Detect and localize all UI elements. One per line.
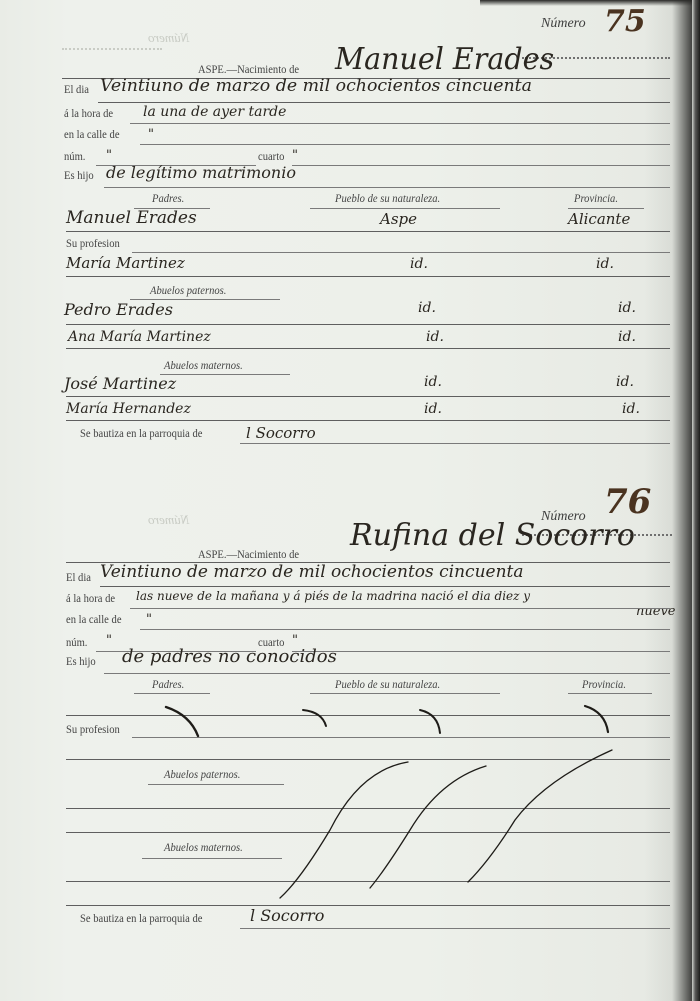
parent-name: María Martinez (66, 254, 185, 272)
maternal-town: id. (424, 374, 442, 390)
street-line (140, 629, 670, 630)
bleed-through-number: Número (148, 30, 189, 46)
record-number: 76 (604, 482, 651, 522)
birth-hour: las nueve de la mañana y á piés de la ma… (136, 588, 530, 603)
hour-line (130, 123, 670, 124)
hour-label: á la hora de (66, 593, 115, 605)
paternal-province: id. (618, 300, 636, 316)
street-value: " (146, 612, 152, 627)
child-name: Rufina del Socorro (350, 518, 635, 553)
num-value: " (106, 148, 112, 163)
room-label: cuarto (258, 151, 284, 163)
parish-label: Se bautiza en la parroquia de (80, 428, 203, 440)
record-number: 75 (604, 4, 646, 39)
street-line (140, 144, 670, 145)
day-line (100, 586, 670, 587)
parent-line-1 (66, 231, 670, 232)
day-label: El dia (64, 84, 89, 96)
paternal-label: Abuelos paternos. (150, 285, 226, 297)
num-label: núm. (66, 637, 87, 649)
parent-province: id. (596, 256, 614, 272)
maternal-grandparent: José Martinez (64, 374, 176, 393)
number-label: Número (541, 16, 586, 32)
son-of-label: Es hijo (66, 656, 96, 668)
town-label: ASPE.—Nacimiento de (198, 549, 299, 561)
paternal-grandparent: Pedro Erades (64, 300, 173, 319)
bleed-through-dotted (62, 48, 162, 50)
paternal-grandparent: Ana María Martinez (68, 329, 211, 345)
col-town-rule (310, 208, 500, 209)
day-line (98, 102, 670, 103)
town-label: ASPE.—Nacimiento de (198, 64, 299, 76)
room-line (292, 165, 670, 166)
birth-hour: la una de ayer tarde (143, 104, 286, 120)
maternal-label: Abuelos maternos. (164, 360, 243, 372)
profession-line (132, 252, 670, 253)
col-province-rule (568, 208, 644, 209)
profession-label: Su profesion (66, 238, 120, 250)
street-value: " (148, 127, 154, 142)
col-province: Provincia. (574, 193, 618, 205)
day-label: El dia (66, 572, 91, 584)
paternal-province: id. (618, 329, 636, 345)
son-of-line (104, 187, 670, 188)
maternal-line-1 (66, 396, 670, 397)
maternal-province: id. (622, 401, 640, 417)
son-of-line (104, 673, 670, 674)
paternal-town: id. (418, 300, 436, 316)
street-label: en la calle de (64, 129, 120, 141)
bleed-through-number: Número (148, 512, 189, 528)
paternal-line-1 (66, 324, 670, 325)
maternal-grandparent: María Hernandez (66, 401, 191, 417)
maternal-line-2 (66, 420, 670, 421)
num-label: núm. (64, 151, 85, 163)
son-of-value: de legítimo matrimonio (106, 163, 296, 182)
parent-town: Aspe (380, 210, 417, 228)
parent-name: Manuel Erades (66, 208, 197, 228)
maternal-town: id. (424, 401, 442, 417)
birth-day: Veintiuno de marzo de mil ochocientos ci… (100, 562, 524, 582)
parent-line-2 (66, 276, 670, 277)
parish-line (240, 443, 670, 444)
parish-value: l Socorro (246, 424, 316, 442)
page-top-shadow (480, 0, 700, 6)
col-parents: Padres. (152, 193, 184, 205)
son-of-value: de padres no conocidos (122, 646, 337, 667)
num-value: " (106, 633, 112, 648)
col-town: Pueblo de su naturaleza. (335, 193, 440, 205)
room-value: " (292, 148, 298, 163)
ditto-strokes (0, 690, 700, 930)
parent-town: id. (410, 256, 428, 272)
hour-line (130, 608, 670, 609)
parent-province: Alicante (568, 210, 630, 228)
room-line (292, 651, 670, 652)
child-name: Manuel Erades (335, 42, 554, 77)
birth-day: Veintiuno de marzo de mil ochocientos ci… (100, 76, 532, 96)
son-of-label: Es hijo (64, 170, 94, 182)
paternal-town: id. (426, 329, 444, 345)
maternal-province: id. (616, 374, 634, 390)
street-label: en la calle de (66, 614, 122, 626)
birth-hour-continued: nueve (636, 604, 675, 619)
maternal-rule (160, 374, 290, 375)
hour-label: á la hora de (64, 108, 113, 120)
paternal-line-2 (66, 348, 670, 349)
